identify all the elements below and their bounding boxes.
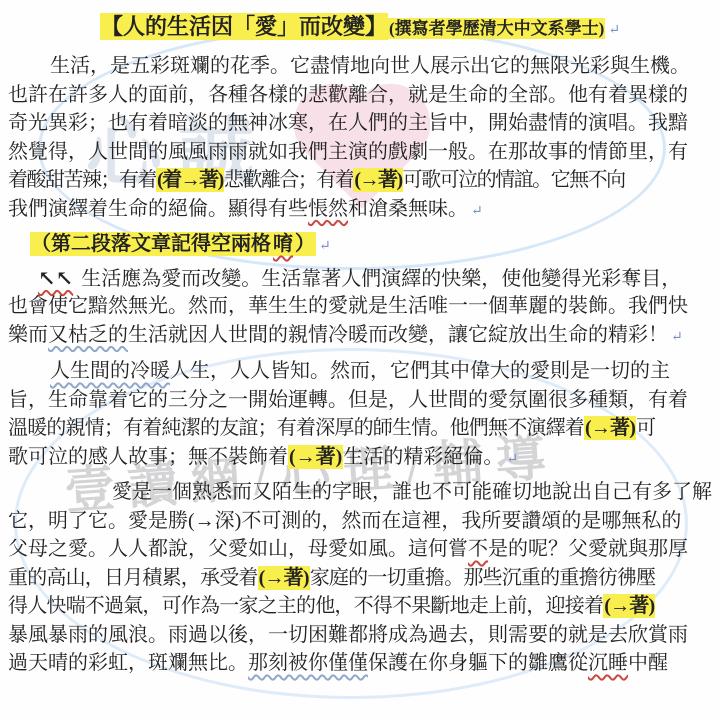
text-segment: 中醒 — [628, 652, 668, 674]
text-segment: 也會使它黯然無光。然而，華生生的愛就是生活唯一一個華麗的裝飾。我們快 — [8, 295, 688, 317]
teacher-comment: ） — [294, 232, 316, 256]
return-mark-icon: ↵ — [608, 23, 620, 38]
text-segment: 生活的精彩絕倫。 — [343, 446, 503, 468]
teacher-comment-line: （第二段落文章記得空兩格唷）↵ — [8, 230, 716, 259]
text-line: 樂而又枯乏的生活就因人世間的親情冷暖而改變，讓它綻放出生命的精彩！↵ — [8, 321, 716, 350]
essay-document: 【人的生活因「愛」而改變】(撰寫者學歷清大中文系學士)↵生活，是五彩斑斕的花季。… — [0, 0, 720, 678]
text-line: 旨，生命靠着它的三分之一開始運轉。但是，人世間的愛氛圍很多種類，有着 — [8, 386, 716, 415]
text-line: ↖↖生活應為愛而改變。生活靠著人們演繹的快樂，使他變得光彩奪目， — [8, 264, 716, 293]
essay-title: 【人的生活因「愛」而改變】 — [100, 13, 388, 40]
text-segment: 重的高山，日月積累，承受着 — [8, 567, 258, 589]
text-line: 重的高山，日月積累，承受着(→著)家庭的一切重擔。那些沉重的重擔彷彿壓 — [8, 564, 716, 593]
text-line: 它，明了它。愛是勝(→深)不可測的，然而在這裡，我所要讚頌的是哪無私的 — [8, 507, 716, 536]
insertion-arrows-icon: ↖↖ — [38, 266, 73, 290]
page: { "marks": { "return_mark": "↵", "insert… — [0, 0, 720, 720]
text-segment: 是的呢？父愛就與那厚 — [488, 538, 688, 560]
text-line: 奇光異彩；也有着暗淡的無神冰寒，在人們的主旨中，開始盡情的演唱。我黯 — [8, 109, 716, 138]
return-mark-icon: ↵ — [319, 239, 331, 254]
essay-byline: (撰寫者學歷清大中文系學士) — [388, 18, 605, 39]
text-line: 然覺得，人世間的風風雨雨就如我們主演的戲劇一般。在那故事的情節里，有 — [8, 138, 716, 167]
text-line: 也會使它黯然無光。然而，華生生的愛就是生活唯一一個華麗的裝飾。我們快 — [8, 292, 716, 321]
correction-highlight: (着→著) — [156, 168, 224, 192]
text-segment: 人生，人人皆知。然而，它們其中偉大的愛則是一切的主 — [170, 360, 670, 382]
text-segment: 生活應為愛而改變。生活靠著人們演繹的快樂，使他變得光彩奪目， — [81, 268, 681, 290]
text-segment: 溫暖的親情；有着純潔的友誼；有着深厚的師生情。他們無不演繹着 — [8, 417, 584, 439]
return-mark-icon: ↵ — [671, 330, 683, 345]
text-segment: 沉睡 — [588, 652, 628, 674]
text-segment: 可歌可泣的情誼。它無不向 — [403, 169, 625, 191]
correction-highlight: (→著) — [288, 445, 343, 469]
text-line: 愛是一個熟悉而又陌生的字眼，誰也不可能確切地說出自己有多了解 — [8, 478, 716, 507]
text-segment: 奇光異彩；也有着暗淡的無神冰寒，在人們的主旨中，開始盡情的演唱。我黯 — [8, 112, 688, 134]
text-line: 父母之愛。人人都說，父愛如山，母愛如風。這何嘗不是的呢？父愛就與那厚 — [8, 535, 716, 564]
text-segment: 那刻被你僅僅 — [248, 652, 368, 674]
text-segment: 過天晴的彩虹，斑斕無比。 — [8, 652, 248, 674]
return-mark-icon: ↵ — [506, 452, 518, 467]
text-segment: 歌可泣的感人故事；無不裝飾着 — [8, 446, 288, 468]
text-segment: 它，明了它。愛是勝(→深)不可測的，然而在這裡，我所要讚頌的是哪無私的 — [8, 510, 681, 532]
text-line: 也許在許多人的面前，各種各樣的悲歡離合，就是生命的全部。他有着異樣的 — [8, 81, 716, 110]
text-segment: 不 — [468, 538, 488, 560]
text-segment: 保護在你身軀下的雛鷹從 — [368, 652, 588, 674]
text-segment: 暴風暴雨的風浪。雨過以後，一切困難都將成為過去，則需要的就是去欣賞雨 — [8, 624, 688, 646]
text-line: 人生間的冷暖人生，人人皆知。然而，它們其中偉大的愛則是一切的主 — [8, 357, 716, 386]
text-segment: 旨，生命靠着它的三分之一開始運轉。但是，人世間的愛氛圍很多種類，有着 — [8, 389, 688, 411]
correction-highlight: (→著) — [353, 168, 402, 192]
text-line: 着酸甜苦辣；有着(着→著)悲歡離合；有着(→著)可歌可泣的情誼。它無不向 — [8, 166, 716, 195]
text-line: 暴風暴雨的風浪。雨過以後，一切困難都將成為過去，則需要的就是去欣賞雨 — [8, 621, 716, 650]
text-segment: 家庭的一切重擔。那些沉重的重擔彷彿壓 — [310, 567, 656, 589]
text-segment: 可 — [636, 417, 655, 439]
text-segment: 悲歡離合；有着 — [224, 169, 354, 191]
text-segment: 父母之愛。人人都說，父愛如山，母愛如風。這何嘗 — [8, 538, 468, 560]
text-segment: 生活，是五彩斑斕的花季。它盡情地向世人展示出它的無限光彩與生機。 — [50, 55, 690, 77]
text-segment: 愛是一個熟悉而又陌生的字眼，誰也不可能確切地說出自己有多了解 — [112, 481, 712, 503]
text-line: 生活，是五彩斑斕的花季。它盡情地向世人展示出它的無限光彩與生機。 — [8, 52, 716, 81]
text-line: 過天晴的彩虹，斑斕無比。那刻被你僅僅保護在你身軀下的雛鷹從沉睡中醒 — [8, 649, 716, 678]
correction-highlight: (→著) — [258, 566, 310, 590]
text-segment: 又枯乏的 — [48, 324, 128, 346]
return-mark-icon: ↵ — [471, 204, 483, 219]
text-segment: 得人快喘不過氣，可作為一家之主的他，不得不果斷地走上前，迎接着 — [8, 595, 603, 617]
document-lines: 【人的生活因「愛」而改變】(撰寫者學歷清大中文系學士)↵生活，是五彩斑斕的花季。… — [8, 10, 716, 678]
text-segment: 然覺得，人世間的風風雨雨就如我們主演的戲劇一般。在那故事的情節里，有 — [8, 141, 688, 163]
text-segment: 也許在許多人的面前，各種各樣的悲歡離合，就是生命的全部。他有着異樣的 — [8, 84, 688, 106]
teacher-comment: 唷 — [272, 232, 294, 256]
text-segment: 我們演繹着生命的絕倫。顯得有些 — [8, 198, 308, 220]
text-segment: 生活就因人世間的親情冷暖而改變，讓它綻放出生命的精彩！ — [128, 324, 668, 346]
correction-highlight: (→著) — [584, 416, 636, 440]
essay-title-line: 【人的生活因「愛」而改變】(撰寫者學歷清大中文系學士)↵ — [8, 10, 716, 46]
text-segment: 樂而 — [8, 324, 48, 346]
text-line: 溫暖的親情；有着純潔的友誼；有着深厚的師生情。他們無不演繹着(→著)可 — [8, 414, 716, 443]
text-line: 歌可泣的感人故事；無不裝飾着(→著)生活的精彩絕倫。↵ — [8, 443, 716, 472]
correction-highlight: (→著) — [603, 594, 655, 618]
text-segment: 悵然 — [308, 198, 348, 220]
teacher-comment: （第二段落文章記得空兩格 — [30, 232, 272, 256]
text-line: 得人快喘不過氣，可作為一家之主的他，不得不果斷地走上前，迎接着(→著) — [8, 592, 716, 621]
text-segment: 和滄桑無味。 — [348, 198, 468, 220]
text-segment: 人生間的冷暖 — [50, 360, 170, 382]
text-segment: 着酸甜苦辣；有着 — [8, 169, 156, 191]
text-line: 我們演繹着生命的絕倫。顯得有些悵然和滄桑無味。↵ — [8, 195, 716, 224]
